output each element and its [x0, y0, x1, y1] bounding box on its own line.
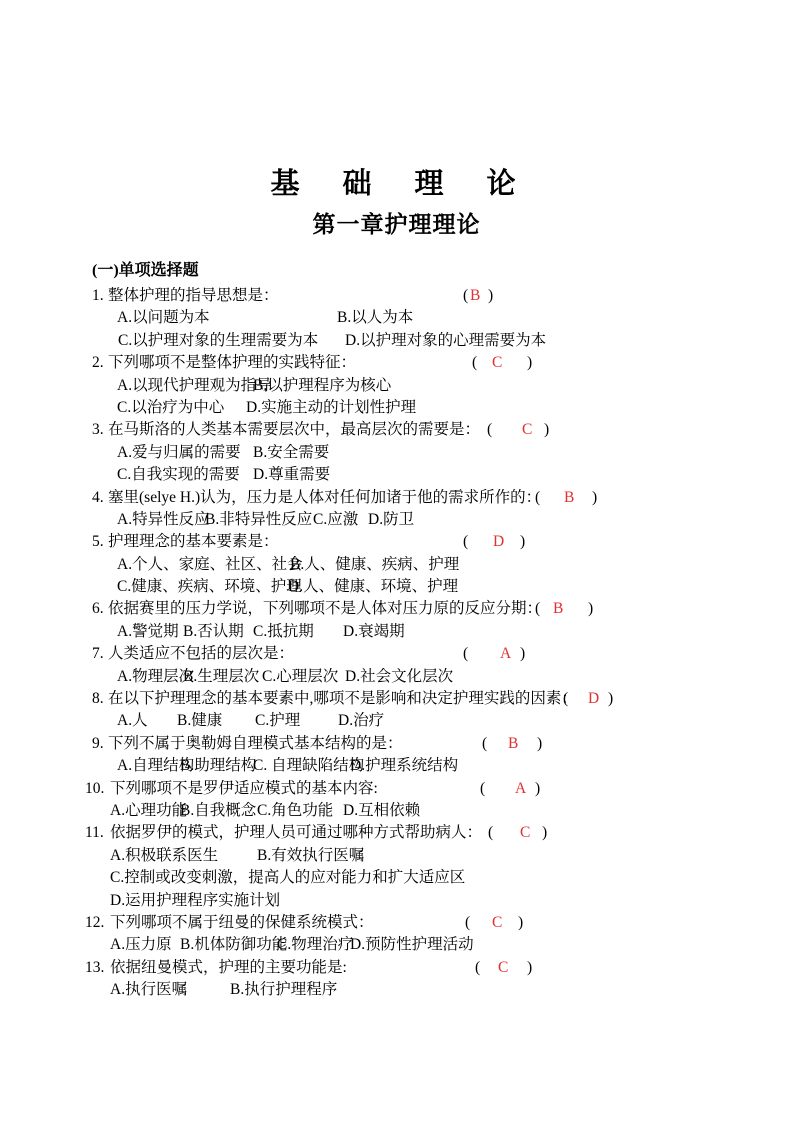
- answer-letter: C: [492, 912, 502, 934]
- option-item: D.互相依赖: [343, 800, 420, 822]
- question-text: 在以下护理理念的基本要素中,哪项不是影响和决定护理实践的因素：: [108, 688, 577, 710]
- option-item: C.应激: [313, 509, 358, 531]
- answer-open-paren: (: [480, 778, 485, 800]
- option-item: A.以现代护理观为指导: [117, 375, 272, 397]
- answer-close-paren: ): [544, 419, 549, 441]
- question-text: 塞里(selye H.)认为，压力是人体对任何加诸于他的需求所作的：: [108, 487, 541, 509]
- option-line: A.心理功能B.自我概念C.角色功能D.互相依赖: [92, 800, 753, 822]
- option-item: B.助理结构: [180, 755, 256, 777]
- option-line: C.自我实现的需要D.尊重需要: [92, 464, 753, 486]
- question-text: 整体护理的指导思想是：: [108, 285, 279, 307]
- option-item: C. 自理缺陷结构: [253, 755, 364, 777]
- question-number: 7.: [92, 643, 104, 665]
- answer-letter: C: [492, 352, 502, 374]
- option-item: B.人、健康、疾病、护理: [290, 554, 459, 576]
- option-item: A.人: [117, 710, 148, 732]
- answer-letter: C: [520, 822, 530, 844]
- option-item: B.生理层次: [183, 666, 259, 688]
- option-item: D.防卫: [368, 509, 414, 531]
- question-number: 9.: [92, 733, 104, 755]
- answer-open-paren: (: [463, 285, 468, 307]
- question-text: 人类适应不包括的层次是：: [108, 643, 294, 665]
- option-item: B.健康: [177, 710, 222, 732]
- answer-group: (B): [535, 598, 615, 620]
- option-item: D.以护理对象的心理需要为本: [345, 330, 546, 352]
- option-item: B.机体防御功能: [180, 934, 287, 956]
- answer-letter: A: [515, 778, 526, 800]
- question-line: 12.下列哪项不属于纽曼的保健系统模式：(C): [92, 912, 753, 934]
- question-line: 9.下列不属于奥勒姆自理模式基本结构的是：(B): [92, 733, 753, 755]
- option-item: A.警觉期: [117, 621, 179, 643]
- option-item: B.非特异性反应: [205, 509, 312, 531]
- question-line: 8.在以下护理理念的基本要素中,哪项不是影响和决定护理实践的因素：(D): [92, 688, 753, 710]
- section-heading: (一)单项选择题: [92, 260, 199, 282]
- answer-open-paren: (: [535, 487, 540, 509]
- answer-group: (B): [463, 285, 543, 307]
- option-item: B.执行护理程序: [230, 979, 337, 1001]
- answer-group: (B): [535, 487, 615, 509]
- answer-group: (D): [563, 688, 643, 710]
- answer-open-paren: (: [472, 352, 477, 374]
- option-line: A.特异性反应B.非特异性反应C.应激D.防卫: [92, 509, 753, 531]
- question-number: 10.: [85, 778, 104, 800]
- question-number: 5.: [92, 531, 104, 553]
- option-item: A.个人、家庭、社区、社会: [117, 554, 303, 576]
- answer-close-paren: ): [518, 912, 523, 934]
- option-item: C.以护理对象的生理需要为本: [118, 330, 318, 352]
- answer-close-paren: ): [542, 822, 547, 844]
- answer-open-paren: (: [463, 643, 468, 665]
- option-item: C.抵抗期: [253, 621, 314, 643]
- question-text: 下列哪项不属于纽曼的保健系统模式：: [110, 912, 374, 934]
- option-item: D.预防性护理活动: [350, 934, 474, 956]
- answer-letter: D: [588, 688, 599, 710]
- option-item: C.控制或改变刺激，提高人的应对能力和扩大适应区: [110, 867, 465, 889]
- question-number: 1.: [92, 285, 104, 307]
- answer-close-paren: ): [520, 531, 525, 553]
- option-item: A.以问题为本: [117, 307, 210, 329]
- answer-open-paren: (: [563, 688, 568, 710]
- option-item: A.执行医嘱: [110, 979, 187, 1001]
- option-item: C.角色功能: [257, 800, 333, 822]
- option-item: C.心理层次: [262, 666, 338, 688]
- question-number: 4.: [92, 487, 104, 509]
- option-line: A.执行医嘱B.执行护理程序: [92, 979, 753, 1001]
- option-line: C.以治疗为中心D.实施主动的计划性护理: [92, 397, 753, 419]
- option-line: C.控制或改变刺激，提高人的应对能力和扩大适应区: [92, 867, 753, 889]
- option-line: A.以问题为本B.以人为本: [92, 307, 753, 329]
- question-text: 下列哪项不是罗伊适应模式的基本内容:: [110, 778, 378, 800]
- question-number: 2.: [92, 352, 104, 374]
- option-item: A.特异性反应: [117, 509, 210, 531]
- question-line: 2.下列哪项不是整体护理的实践特征：(C): [92, 352, 753, 374]
- answer-group: (D): [463, 531, 543, 553]
- option-line: D.运用护理程序实施计划: [92, 890, 753, 912]
- answer-group: (B): [482, 733, 562, 755]
- option-line: C.以护理对象的生理需要为本D.以护理对象的心理需要为本: [92, 330, 753, 352]
- answer-letter: D: [493, 531, 504, 553]
- answer-close-paren: ): [592, 487, 597, 509]
- option-item: B.否认期: [183, 621, 244, 643]
- option-item: C.自我实现的需要: [117, 464, 240, 486]
- option-item: D.人、健康、环境、护理: [288, 576, 458, 598]
- question-line: 11.依据罗伊的模式，护理人员可通过哪种方式帮助病人：(C): [92, 822, 753, 844]
- answer-close-paren: ): [520, 643, 525, 665]
- option-item: D.尊重需要: [253, 464, 330, 486]
- option-item: A.压力原: [110, 934, 172, 956]
- answer-open-paren: (: [482, 733, 487, 755]
- answer-open-paren: (: [463, 531, 468, 553]
- question-text: 在马斯洛的人类基本需要层次中，最高层次的需要是：: [108, 419, 480, 441]
- question-line: 13.依据纽曼模式，护理的主要功能是:(C): [92, 957, 753, 979]
- option-line: A.个人、家庭、社区、社会B.人、健康、疾病、护理: [92, 554, 753, 576]
- answer-letter: B: [553, 598, 563, 620]
- question-text: 下列不属于奥勒姆自理模式基本结构的是：: [108, 733, 403, 755]
- answer-group: (C): [465, 912, 545, 934]
- option-line: A.积极联系医生B.有效执行医嘱: [92, 845, 753, 867]
- option-item: C.健康、疾病、环境、护理: [117, 576, 302, 598]
- question-line: 7.人类适应不包括的层次是：(A): [92, 643, 753, 665]
- option-item: B.以护理程序为核心: [253, 375, 391, 397]
- answer-letter: A: [500, 643, 511, 665]
- answer-group: (C): [472, 352, 552, 374]
- answer-close-paren: ): [537, 733, 542, 755]
- question-number: 12.: [85, 912, 104, 934]
- option-item: D.治疗: [338, 710, 384, 732]
- answer-group: (A): [463, 643, 543, 665]
- option-line: A.爱与归属的需要B.安全需要: [92, 442, 753, 464]
- answer-group: (A): [480, 778, 560, 800]
- document-title: 基 础 理 论: [0, 170, 793, 199]
- option-item: A.积极联系医生: [110, 845, 218, 867]
- option-item: D.衰竭期: [343, 621, 405, 643]
- answer-close-paren: ): [535, 778, 540, 800]
- question-text: 下列哪项不是整体护理的实践特征：: [108, 352, 356, 374]
- answer-letter: C: [522, 419, 532, 441]
- answer-group: (C): [488, 822, 568, 844]
- question-number: 13.: [85, 957, 104, 979]
- option-item: C.物理治疗: [277, 934, 353, 956]
- option-item: D.运用护理程序实施计划: [110, 890, 280, 912]
- question-text: 依据罗伊的模式，护理人员可通过哪种方式帮助病人：: [110, 822, 482, 844]
- option-line: C.健康、疾病、环境、护理D.人、健康、环境、护理: [92, 576, 753, 598]
- option-item: B.有效执行医嘱: [257, 845, 364, 867]
- question-text: 护理理念的基本要素是：: [108, 531, 279, 553]
- answer-open-paren: (: [487, 419, 492, 441]
- answer-open-paren: (: [535, 598, 540, 620]
- question-line: 6.依据赛里的压力学说，下列哪项不是人体对压力原的反应分期：(B): [92, 598, 753, 620]
- option-item: C.以治疗为中心: [117, 397, 224, 419]
- answer-close-paren: ): [588, 598, 593, 620]
- question-list: 1.整体护理的指导思想是：(B)A.以问题为本B.以人为本C.以护理对象的生理需…: [92, 285, 753, 1002]
- option-item: D.护理系统结构: [350, 755, 458, 777]
- question-line: 1.整体护理的指导思想是：(B): [92, 285, 753, 307]
- option-item: B.安全需要: [253, 442, 329, 464]
- option-line: A.人B.健康C.护理D.治疗: [92, 710, 753, 732]
- answer-letter: C: [498, 957, 508, 979]
- question-number: 6.: [92, 598, 104, 620]
- question-number: 11.: [85, 822, 104, 844]
- question-text: 依据赛里的压力学说，下列哪项不是人体对压力原的反应分期：: [108, 598, 542, 620]
- answer-letter: B: [508, 733, 518, 755]
- question-number: 8.: [92, 688, 104, 710]
- question-text: 依据纽曼模式，护理的主要功能是:: [110, 957, 347, 979]
- answer-group: (C): [475, 957, 555, 979]
- option-line: A.以现代护理观为指导B.以护理程序为核心: [92, 375, 753, 397]
- answer-close-paren: ): [527, 957, 532, 979]
- option-item: B.以人为本: [337, 307, 413, 329]
- question-number: 3.: [92, 419, 104, 441]
- option-line: A.警觉期B.否认期C.抵抗期D.衰竭期: [92, 621, 753, 643]
- answer-open-paren: (: [475, 957, 480, 979]
- option-item: D.实施主动的计划性护理: [246, 397, 416, 419]
- option-line: A.压力原B.机体防御功能C.物理治疗D.预防性护理活动: [92, 934, 753, 956]
- question-line: 5.护理理念的基本要素是：(D): [92, 531, 753, 553]
- option-item: D.社会文化层次: [345, 666, 453, 688]
- question-line: 4.塞里(selye H.)认为，压力是人体对任何加诸于他的需求所作的：(B): [92, 487, 753, 509]
- option-item: A.爱与归属的需要: [117, 442, 241, 464]
- option-item: A.心理功能: [110, 800, 187, 822]
- answer-open-paren: (: [488, 822, 493, 844]
- question-line: 10.下列哪项不是罗伊适应模式的基本内容:(A): [92, 778, 753, 800]
- option-item: C.护理: [255, 710, 300, 732]
- answer-letter: B: [564, 487, 574, 509]
- option-item: B.自我概念: [180, 800, 256, 822]
- chapter-subtitle: 第一章护理理论: [0, 213, 793, 236]
- option-line: A.自理结构B.助理结构C. 自理缺陷结构D.护理系统结构: [92, 755, 753, 777]
- answer-close-paren: ): [608, 688, 613, 710]
- answer-close-paren: ): [527, 352, 532, 374]
- answer-open-paren: (: [465, 912, 470, 934]
- document-page: 基 础 理 论 第一章护理理论 (一)单项选择题 1.整体护理的指导思想是：(B…: [0, 0, 793, 1122]
- question-line: 3.在马斯洛的人类基本需要层次中，最高层次的需要是：(C): [92, 419, 753, 441]
- option-line: A.物理层次B.生理层次C.心理层次D.社会文化层次: [92, 666, 753, 688]
- answer-close-paren: ): [488, 285, 493, 307]
- answer-group: (C): [487, 419, 567, 441]
- answer-letter: B: [470, 285, 480, 307]
